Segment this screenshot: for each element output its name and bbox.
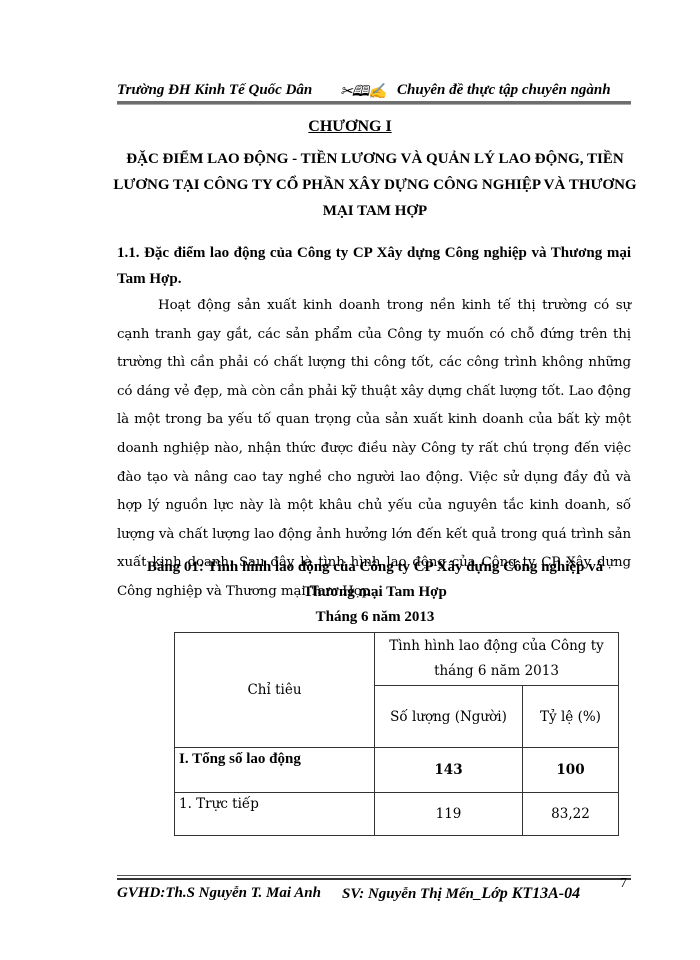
row-quantity: 119: [375, 793, 523, 836]
row-ratio: 83,22: [523, 793, 619, 836]
header-school-name: Trường ĐH Kinh Tế Quốc Dân: [117, 82, 312, 99]
table-caption-line2: Thương mại Tam Hợp: [100, 580, 650, 605]
table-row: 1. Trực tiếp 119 83,22: [175, 793, 619, 836]
row-quantity: 143: [375, 748, 523, 793]
section-heading: 1.1. Đặc điểm lao động của Công ty CP Xâ…: [117, 240, 631, 292]
header-quantity: Số lượng (Người): [375, 686, 523, 748]
table-caption-line1: Bảng 01: Tình hình lao động của Công ty …: [100, 555, 650, 580]
row-label: I. Tổng số lao động: [175, 748, 375, 793]
chapter-title: ĐẶC ĐIỂM LAO ĐỘNG - TIỀN LƯƠNG VÀ QUẢN L…: [110, 146, 640, 224]
row-label: 1. Trực tiếp: [175, 793, 375, 836]
footer-divider-thick: [117, 878, 631, 880]
footer-student-name: SV: Nguyễn Thị Mến_: [342, 886, 481, 902]
table-caption-line3: Tháng 6 năm 2013: [100, 605, 650, 630]
row-ratio: 100: [523, 748, 619, 793]
labor-table: Chỉ tiêu Tình hình lao động của Công ty …: [174, 632, 619, 836]
header-ratio: Tỷ lệ (%): [523, 686, 619, 748]
footer-advisor: GVHD:Th.S Nguyễn T. Mai Anh: [117, 885, 321, 902]
header-group-line1: Tình hình lao động của Công ty: [375, 634, 618, 659]
table-row: I. Tổng số lao động 143 100: [175, 748, 619, 793]
footer-class: Lớp KT13A-04: [481, 885, 580, 902]
header-divider: [117, 101, 631, 105]
footer-divider-thin: [117, 875, 631, 876]
header-group: Tình hình lao động của Công ty tháng 6 n…: [375, 633, 619, 686]
chapter-label: CHƯƠNG I: [0, 118, 700, 136]
page-number: 7: [620, 876, 627, 892]
header-indicator: Chỉ tiêu: [175, 633, 375, 748]
table-header-row: Chỉ tiêu Tình hình lao động của Công ty …: [175, 633, 619, 686]
header-document-type: Chuyên đề thực tập chuyên ngành: [397, 82, 611, 99]
table-caption: Bảng 01: Tình hình lao động của Công ty …: [100, 555, 650, 630]
header-group-line2: tháng 6 năm 2013: [375, 659, 618, 684]
footer-student: SV: Nguyễn Thị Mến_Lớp KT13A-04: [342, 885, 580, 903]
